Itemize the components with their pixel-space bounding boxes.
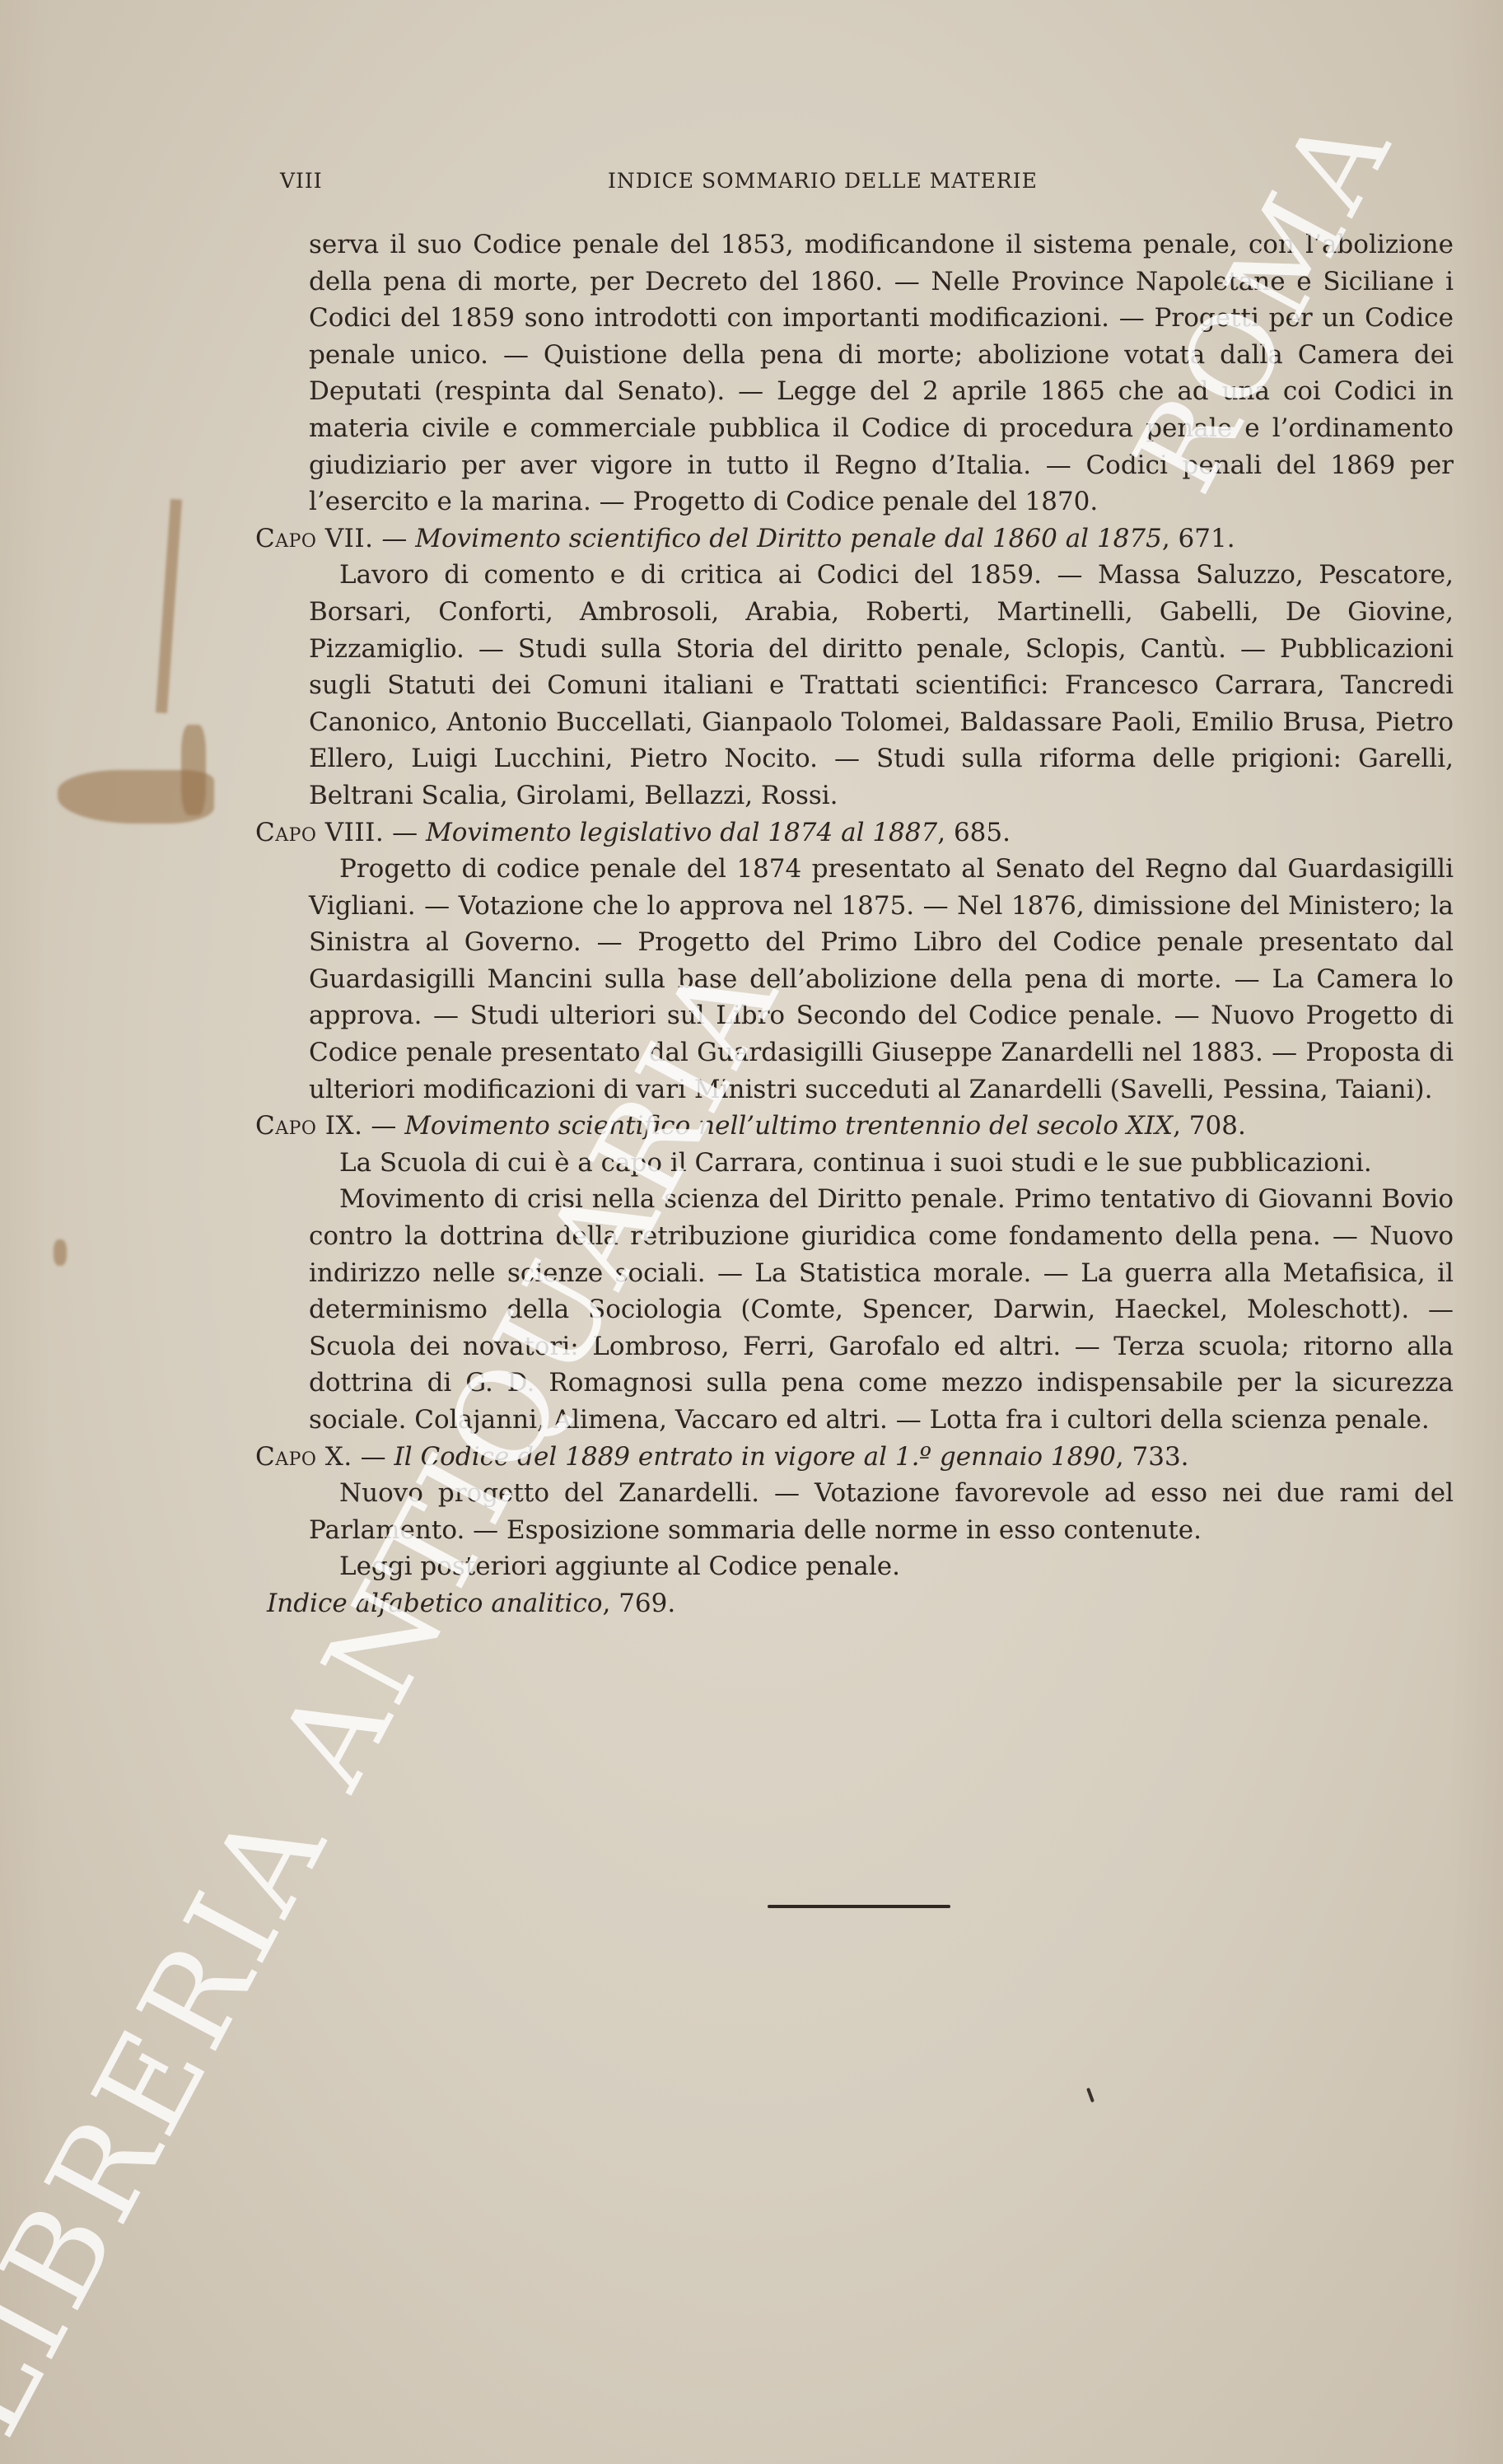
chapter-label: Capo IX. (255, 1111, 362, 1141)
paragraph: Lavoro di comento e di critica ai Codici… (255, 557, 1454, 814)
chapter-title: Movimento scientifico nell’ultimo trente… (404, 1111, 1173, 1141)
page-number: VIII (280, 169, 323, 193)
chapter-heading-capo-ix: Capo IX. — Movimento scientifico nell’ul… (255, 1108, 1454, 1145)
index-title: Indice alfabetico analitico (267, 1589, 602, 1618)
page-body: serva il suo Codice penale del 1853, mod… (255, 226, 1454, 1622)
chapter-title: Movimento scientifico del Diritto penale… (415, 524, 1162, 553)
chapter-title: Movimento legislativo dal 1874 al 1887 (426, 818, 937, 847)
chapter-heading-capo-viii: Capo VIII. — Movimento legislativo dal 1… (255, 814, 1454, 852)
chapter-dash: — (362, 1111, 404, 1141)
paragraph: Progetto di codice penale del 1874 prese… (255, 851, 1454, 1108)
running-header: VIII INDICE SOMMARIO DELLE MATERIE (280, 169, 1112, 202)
chapter-heading-capo-vii: Capo VII. — Movimento scientifico del Di… (255, 520, 1454, 558)
chapter-title: Il Codice del 1889 entrato in vigore al … (394, 1442, 1115, 1472)
section-end-rule (768, 1905, 950, 1908)
chapter-dash: — (374, 524, 416, 553)
chapter-label: Capo X. (255, 1442, 352, 1472)
chapter-label: Capo VII. (255, 524, 374, 553)
running-title: INDICE SOMMARIO DELLE MATERIE (608, 169, 1038, 193)
paragraph: Nuovo progetto del Zanardelli. — Votazio… (255, 1475, 1454, 1548)
chapter-heading-capo-x: Capo X. — Il Codice del 1889 entrato in … (255, 1439, 1454, 1476)
chapter-page: , 685. (937, 818, 1011, 847)
paragraph: Leggi posteriori aggiunte al Codice pena… (255, 1548, 1454, 1585)
paragraph: Movimento di crisi nella scienza del Dir… (255, 1181, 1454, 1438)
paragraph: La Scuola di cui è a capo il Carrara, co… (255, 1145, 1454, 1182)
chapter-dash: — (384, 818, 426, 847)
chapter-dash: — (352, 1442, 394, 1472)
chapter-label: Capo VIII. (255, 818, 384, 847)
index-reference: Indice alfabetico analitico, 769. (255, 1585, 1454, 1622)
stain-mark (181, 725, 206, 815)
chapter-page: , 733. (1116, 1442, 1189, 1472)
index-page: , 769. (602, 1589, 675, 1618)
paragraph: serva il suo Codice penale del 1853, mod… (255, 226, 1454, 520)
stain-mark (54, 1239, 67, 1266)
chapter-page: , 708. (1173, 1111, 1246, 1141)
chapter-page: , 671. (1162, 524, 1235, 553)
